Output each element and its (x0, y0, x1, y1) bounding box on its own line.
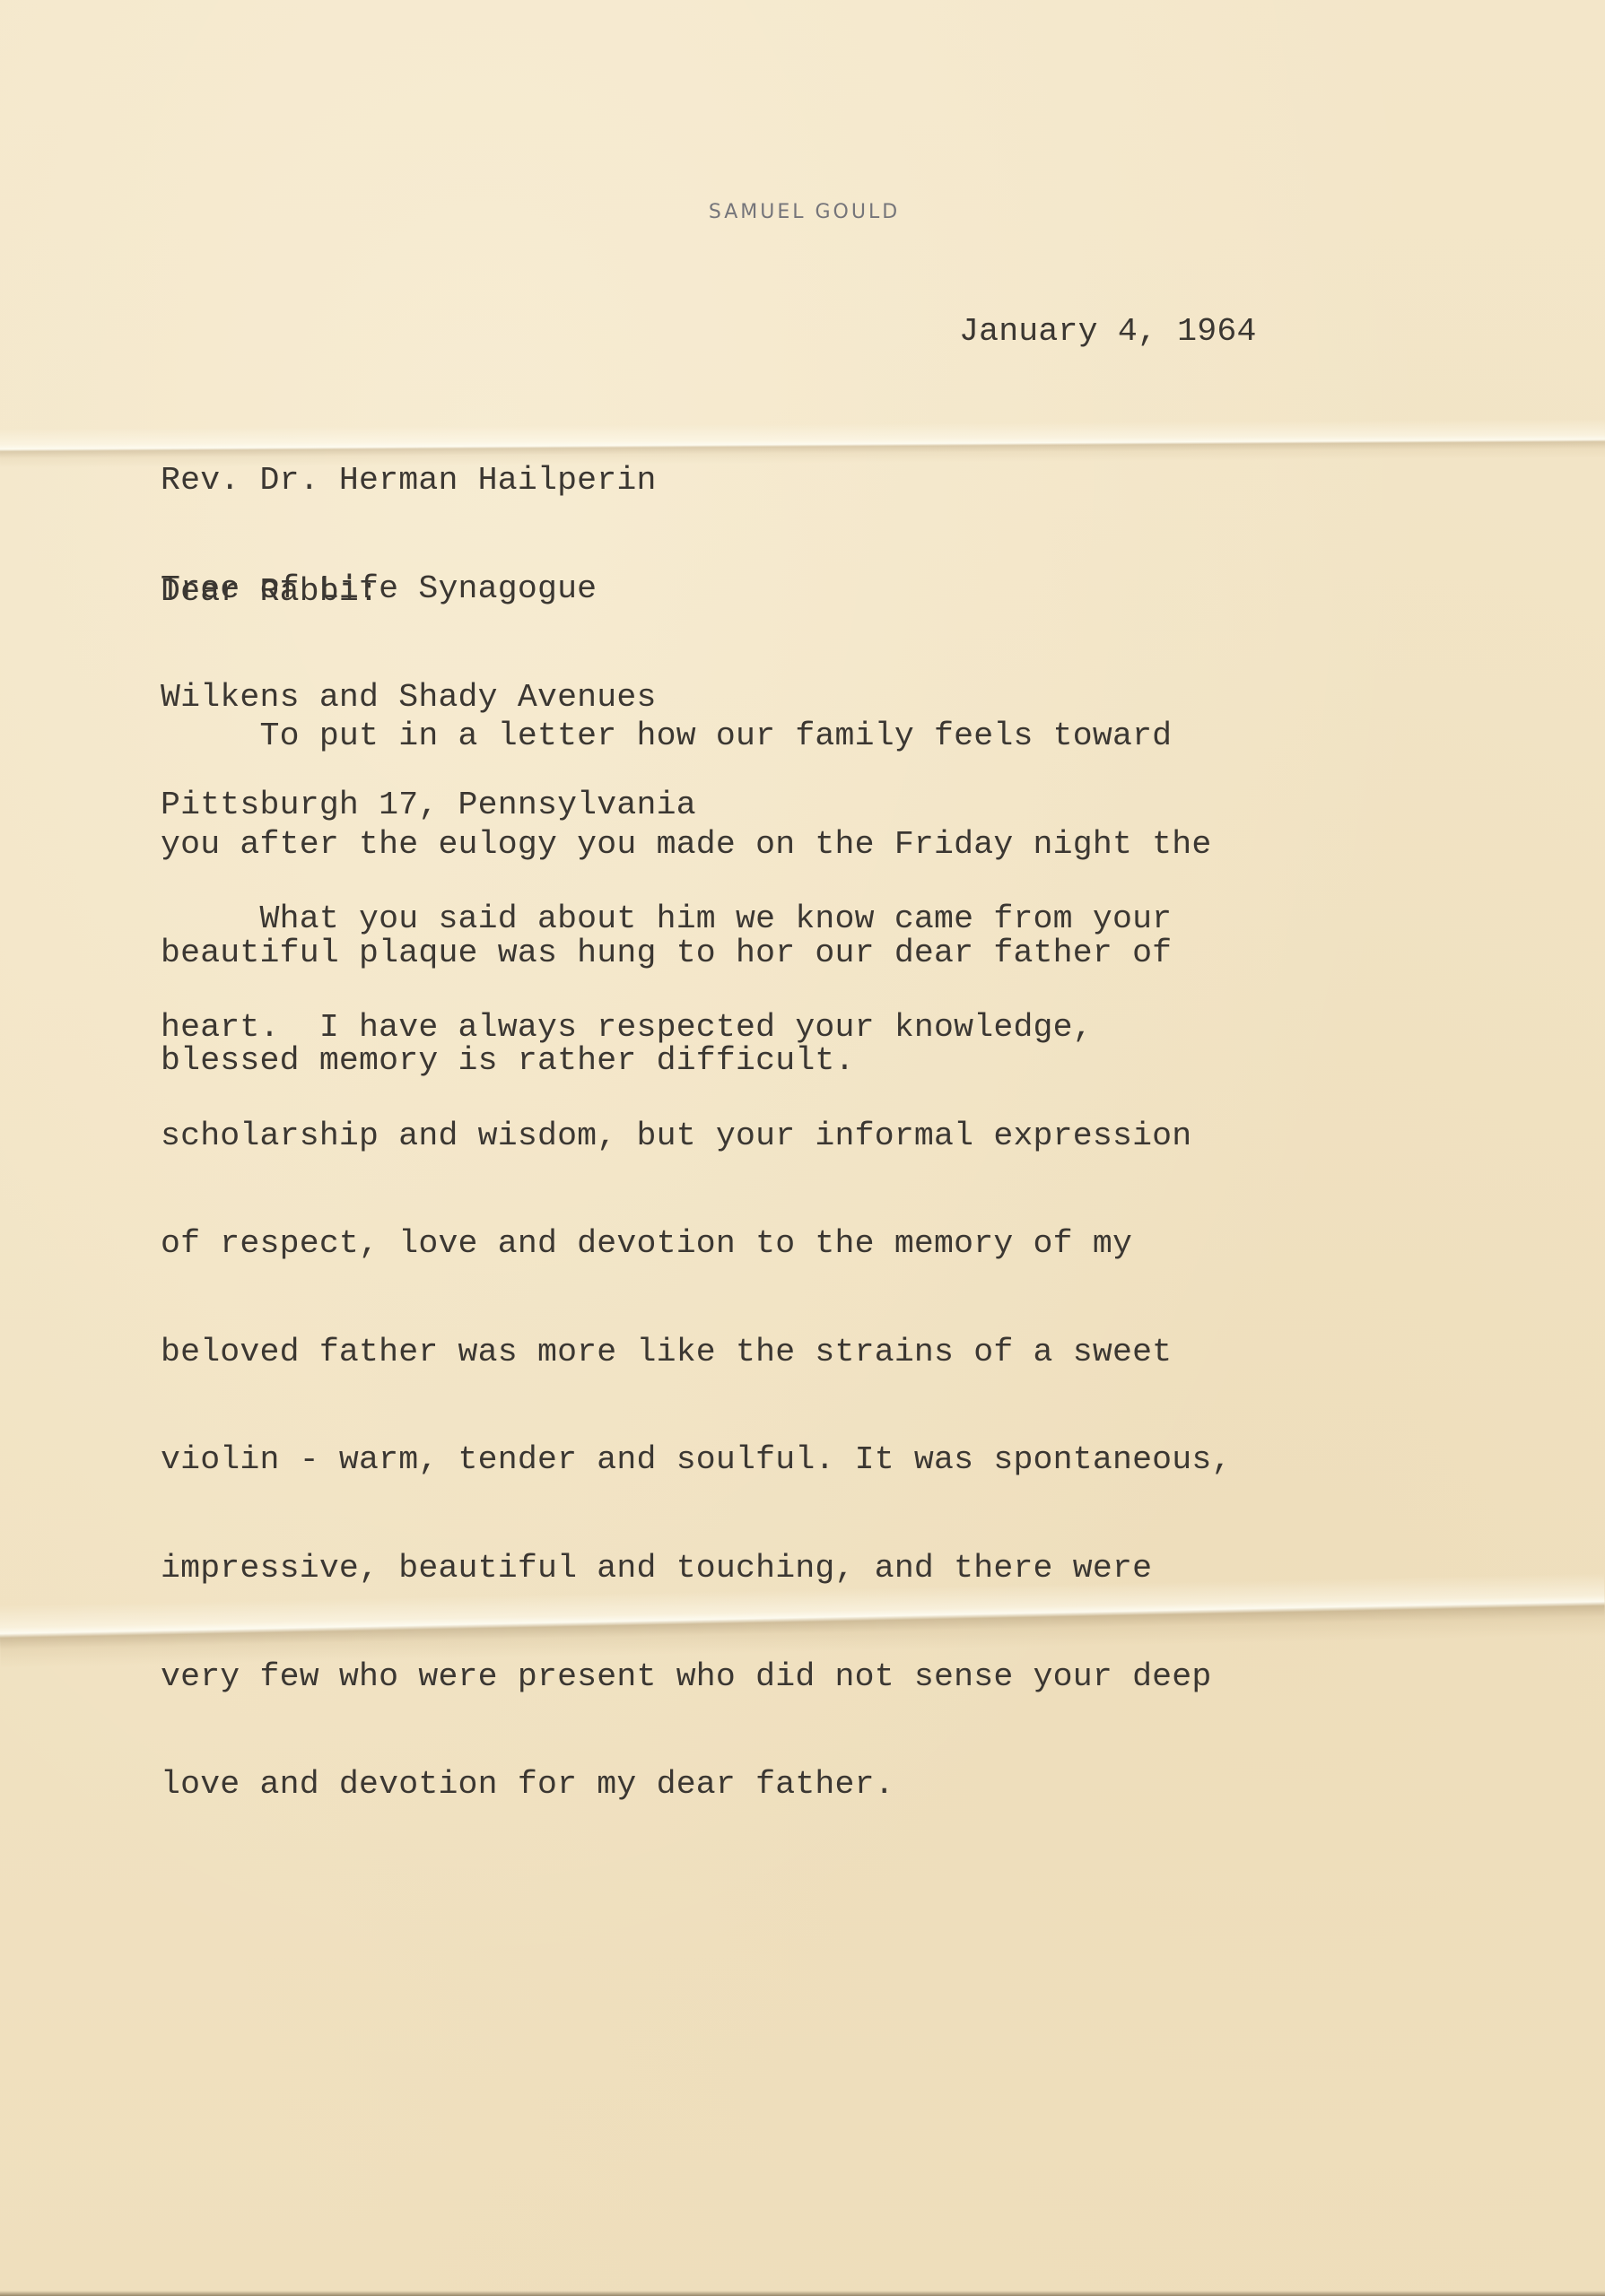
page-bottom-edge (0, 2291, 1605, 2296)
paragraph-line: scholarship and wisdom, but your informa… (161, 1118, 1232, 1154)
paragraph-line: violin - warm, tender and soulful. It wa… (161, 1442, 1232, 1478)
letter-date: January 4, 1964 (959, 314, 1257, 350)
letterhead-name: SAMUEL GOULD (2, 201, 1605, 223)
paragraph-line: of respect, love and devotion to the mem… (161, 1226, 1232, 1262)
letter-page: SAMUEL GOULD January 4, 1964 Rev. Dr. He… (0, 0, 1605, 2296)
paragraph-line: very few who were present who did not se… (161, 1659, 1232, 1695)
salutation: Dear Rabbi: (161, 574, 379, 610)
paragraph-line: What you said about him we know came fro… (161, 901, 1232, 937)
paragraph-line: heart. I have always respected your know… (161, 1010, 1232, 1046)
paragraph-line: impressive, beautiful and touching, and … (161, 1551, 1232, 1587)
body-paragraph-2: What you said about him we know came fro… (161, 830, 1232, 1875)
recipient-name: Rev. Dr. Herman Hailperin (161, 463, 696, 499)
paragraph-line: To put in a letter how our family feels … (161, 718, 1212, 754)
paragraph-line: beloved father was more like the strains… (161, 1335, 1232, 1370)
paragraph-line: love and devotion for my dear father. (161, 1767, 1232, 1803)
